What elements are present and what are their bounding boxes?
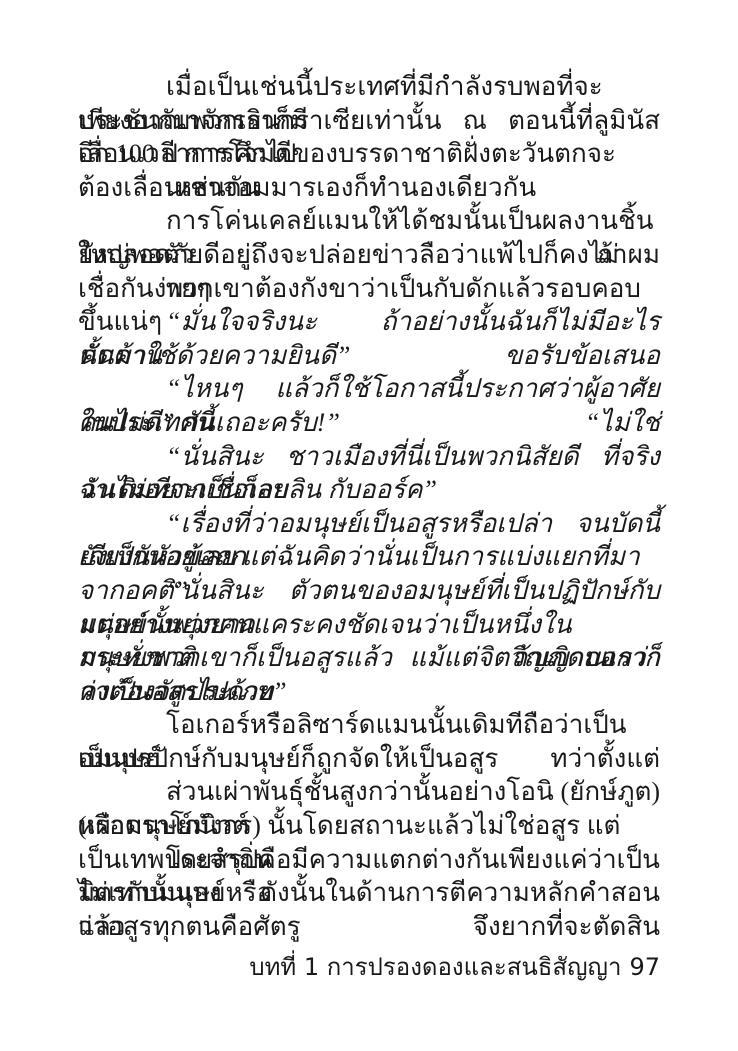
page-footer: บทที่ 1 การปรองดองและสนธิสัญญา97 — [249, 952, 660, 982]
dialogue-paragraph: “นั่นสินะ ตัวตนของอมนุษย์ที่เป็นปฏิปักษ์… — [78, 574, 660, 708]
chapter-title: บทที่ 1 การปรองดองและสนธิสัญญา — [249, 953, 621, 981]
paragraph: โดยสรุปคือมีความแตกต่างกันเพียงแค่ว่าเป็… — [78, 843, 660, 944]
text-line: กระทั่งพวกเขาก็เป็นอสูรแล้ว แม้แต่จิตวิญ… — [78, 641, 660, 675]
paragraph: เหล่าจอมมารเองก็ทำนองเดียวกัน — [78, 171, 660, 205]
text-line: ยังปลอดภัยดีอยู่ถึงจะปล่อยข่าวลือว่าแพ้ไ… — [78, 238, 660, 272]
text-line: พวกเขาต้องกังขาว่าเป็นกับดักแล้วรอบคอบขึ… — [78, 272, 660, 306]
text-line: ส่วนเผ่าพันธุ์ชั้นสูงกว่านั้นอย่างโอนิ (… — [78, 775, 660, 809]
text-line: “นั่นสินะ ตัวตนของอมนุษย์ที่เป็นปฏิปักษ์… — [78, 574, 660, 608]
text-line: การโค่นเคลย์แมนให้ได้ชมนั้นเป็นผลงานชิ้น… — [78, 204, 660, 238]
text-line: “นั่นสินะ ชาวเมืองที่นี่เป็นพวกนิสัยดี ท… — [78, 440, 660, 474]
text-line: เหล่าจอมมารเองก็ทำนองเดียวกัน — [78, 171, 660, 205]
paragraph: พวกเขาต้องกังขาว่าเป็นกับดักแล้วรอบคอบขึ… — [78, 272, 660, 306]
book-page: เมื่อเป็นเช่นนี้ประเทศที่มีกำลังรบพอที่จ… — [0, 0, 738, 1051]
page-number: 97 — [629, 953, 660, 981]
text-line: ว่าเดิมทีจะเป็นก็อบลิน กับออร์ค” — [78, 473, 660, 507]
paragraph: ส่วนเผ่าพันธุ์ชั้นสูงกว่านั้นอย่างโอนิ (… — [78, 775, 660, 842]
text-line: “เรื่องที่ว่าอมนุษย์เป็นอสูรหรือเปล่า จน… — [78, 507, 660, 541]
text-line: ว่าเป็นอสูรไปด้วย” — [78, 675, 660, 709]
text-line: ไม่เท่านั้นเอง ดังนั้นในด้านการตีความหลั… — [78, 876, 660, 910]
dialogue-paragraph: “เรื่องที่ว่าอมนุษย์เป็นอสูรหรือเปล่า จน… — [78, 507, 660, 574]
text-line: เมื่อเป็นเช่นนี้ประเทศที่มีกำลังรบพอที่จ… — [78, 70, 660, 104]
text-line: “มั่นใจจริงนะ ถ้าอย่างนั้นฉันก็ไม่มีอะไร… — [78, 305, 660, 339]
text-line: เพียงอาณาจักรอินกราเซียเท่านั้น ณ ตอนนี้… — [78, 104, 660, 138]
text-line: โอเกอร์หรือลิซาร์ดแมนนั้นเดิมทีถือว่าเป็… — [78, 708, 660, 742]
text-line: (เผ่ามนุษย์มังกร) นั้นโดยสถานะแล้วไม่ใช่… — [78, 809, 660, 843]
text-line: แต่อย่างพวกคนแคระคงชัดเจนว่าเป็นหนึ่งในม… — [78, 608, 660, 642]
text-line: อีก 100 ปี การโจมตีของบรรดาชาติฝั่งตะวัน… — [78, 137, 660, 171]
paragraph: เมื่อเป็นเช่นนี้ประเทศที่มีกำลังรบพอที่จ… — [78, 70, 660, 171]
paragraph: โอเกอร์หรือลิซาร์ดแมนนั้นเดิมทีถือว่าเป็… — [78, 708, 660, 775]
text-line: โดยสรุปคือมีความแตกต่างกันเพียงแค่ว่าเป็… — [78, 843, 660, 877]
dialogue-paragraph: “นั่นสินะ ชาวเมืองที่นี่เป็นพวกนิสัยดี ท… — [78, 440, 660, 507]
page-body-text: เมื่อเป็นเช่นนี้ประเทศที่มีกำลังรบพอที่จ… — [78, 70, 660, 943]
dialogue-paragraph: “มั่นใจจริงนะ ถ้าอย่างนั้นฉันก็ไม่มีอะไร… — [78, 305, 660, 372]
text-line: เถียงกันอยู่เลย แต่ฉันคิดว่านั่นเป็นการแ… — [78, 540, 660, 574]
paragraph: การโค่นเคลย์แมนให้ได้ชมนั้นเป็นผลงานชิ้น… — [78, 204, 660, 271]
dialogue-paragraph: “ไหนๆ แล้วก็ใช้โอกาสนี้ประกาศว่าผู้อาศัย… — [78, 372, 660, 439]
text-line: “ไหนๆ แล้วก็ใช้โอกาสนี้ประกาศว่าผู้อาศัย… — [78, 372, 660, 406]
